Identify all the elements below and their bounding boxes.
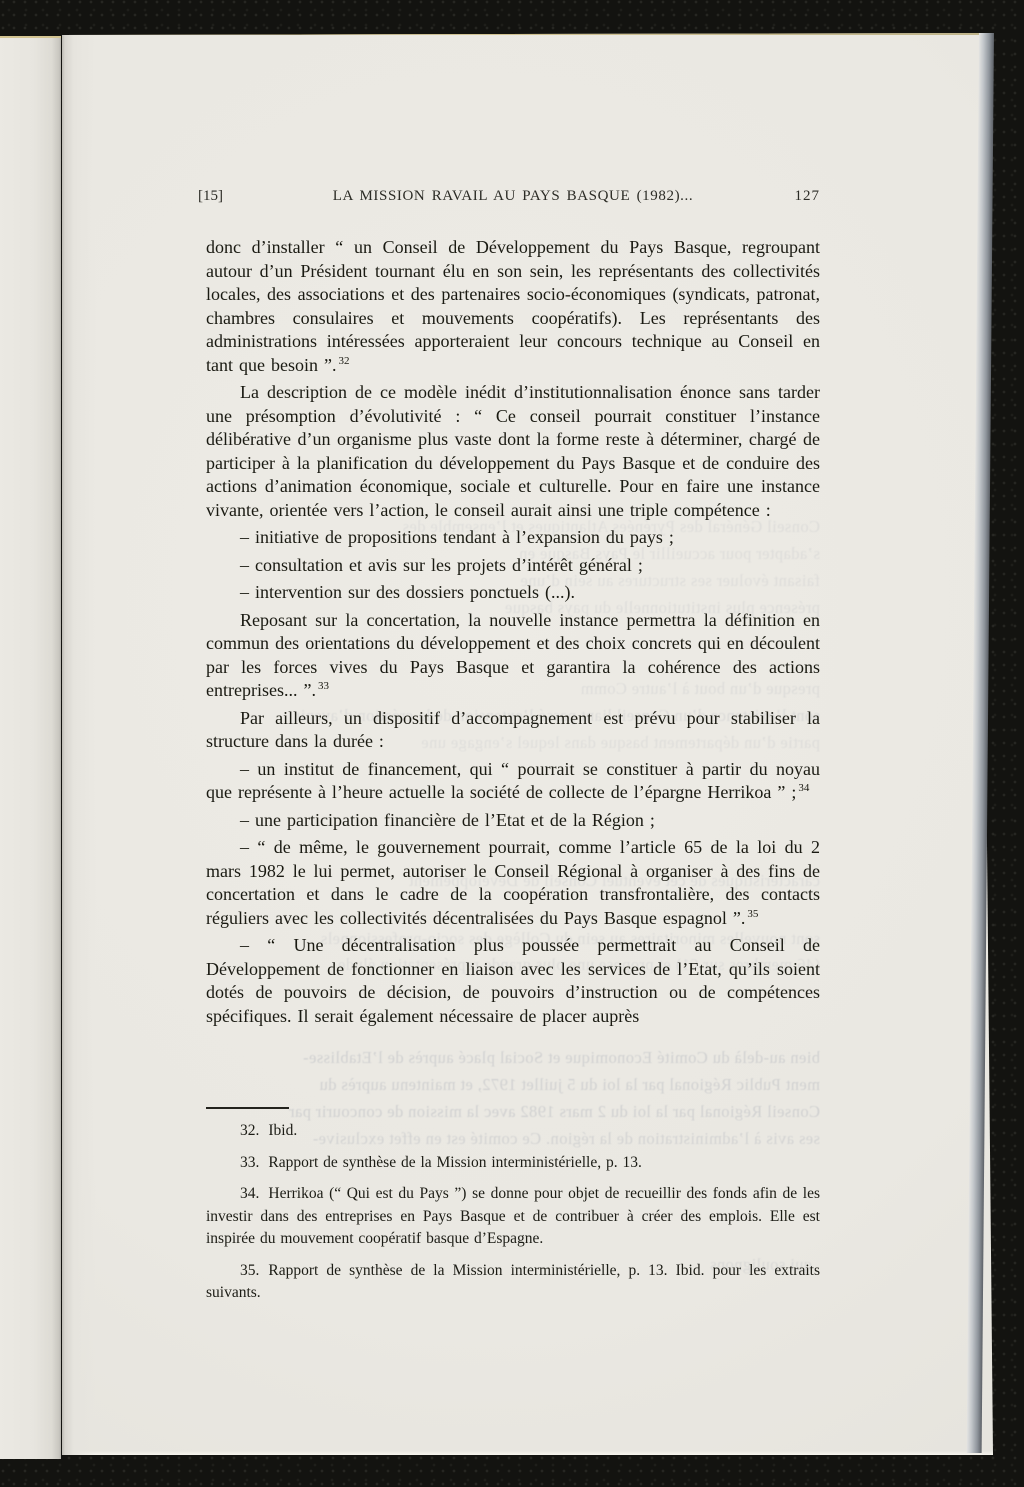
list-item: – un institut de financement, qui “ pour… — [206, 758, 820, 805]
list-item: – consultation et avis sur les projets d… — [206, 554, 820, 578]
footnote-reference: 33 — [318, 680, 329, 692]
list-item: – “ Une décentralisation plus poussée pe… — [206, 934, 820, 1028]
paragraph: Reposant sur la concertation, la nouvell… — [206, 609, 820, 703]
page-number: 127 — [795, 188, 821, 205]
footnote-number: 32. — [240, 1122, 268, 1139]
bleed-through-line: bien au-delà du Comité Economique et Soc… — [206, 1048, 820, 1068]
running-head: [15] LA MISSION RAVAIL AU PAYS BASQUE (1… — [206, 188, 820, 210]
footnotes: 32.Ibid. 33.Rapport de synthèse de la Mi… — [206, 1120, 820, 1314]
body-text: donc d’installer “ un Conseil de Dévelop… — [206, 236, 820, 1032]
footnote-number: 33. — [240, 1154, 268, 1171]
footnote-number: 35. — [240, 1262, 268, 1279]
footnote: 35.Rapport de synthèse de la Mission int… — [206, 1260, 820, 1305]
paragraph: donc d’installer “ un Conseil de Dévelop… — [206, 236, 820, 377]
list-item: – intervention sur des dossiers ponctuel… — [206, 581, 820, 605]
running-head-title: LA MISSION RAVAIL AU PAYS BASQUE (1982).… — [206, 188, 820, 205]
document-page: Conseil Général des Pyrénées Atlantiques… — [62, 33, 996, 1455]
footnote: 34.Herrikoa (“ Qui est du Pays ”) se don… — [206, 1183, 820, 1251]
list-item: – “ de même, le gouvernement pourrait, c… — [206, 836, 820, 930]
bleed-through-line: Conseil Régional par la loi du 2 mars 19… — [206, 1102, 820, 1122]
facing-page-sliver — [0, 36, 61, 1459]
list-item: – une participation financière de l’Etat… — [206, 809, 820, 833]
bleed-through-line: ment Public Régional par la loi du 5 jui… — [206, 1075, 820, 1095]
paragraph: La description de ce modèle inédit d’ins… — [206, 381, 820, 522]
footnote-number: 34. — [240, 1185, 268, 1202]
footnote-reference: 34 — [798, 782, 809, 794]
footnote: 32.Ibid. — [206, 1120, 820, 1143]
page-top-edge — [62, 33, 982, 35]
footnote: 33.Rapport de synthèse de la Mission int… — [206, 1152, 820, 1175]
footnote-separator-rule — [206, 1107, 289, 1109]
footnote-reference: 35 — [747, 908, 758, 920]
scanner-background: { "page": { "header": { "bracket_number"… — [0, 0, 1024, 1487]
footnote-reference: 32 — [338, 355, 349, 367]
paragraph: Par ailleurs, un dispositif d’accompagne… — [206, 707, 820, 754]
list-item: – initiative de propositions tendant à l… — [206, 526, 820, 550]
